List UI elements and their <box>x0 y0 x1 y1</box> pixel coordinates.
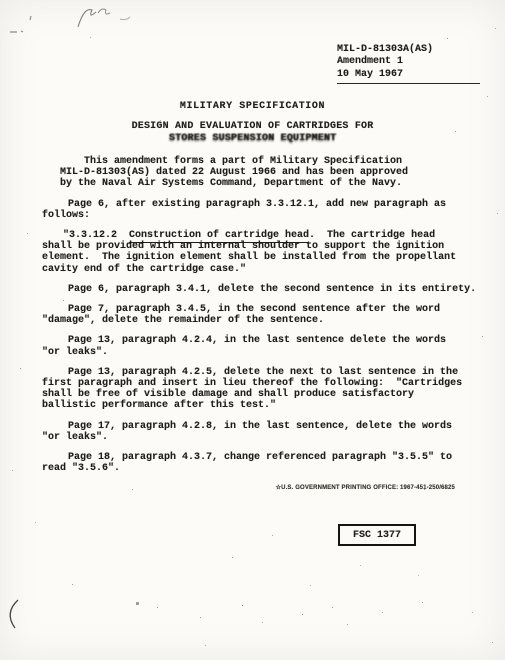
fsc-code: FSC 1377 <box>353 530 401 541</box>
pencil-scribble <box>58 1 142 37</box>
amendment-page13-425: Page 13, paragraph 4.2.5, delete the nex… <box>42 367 478 412</box>
document-id-block: MIL-D-81303A(AS) Amendment 1 10 May 1967 <box>337 44 480 84</box>
document-body: This amendment forms a part of Military … <box>42 156 478 495</box>
amendment-page7-345: Page 7, paragraph 3.4.5, in the second s… <box>42 304 478 326</box>
intro-paragraph: This amendment forms a part of Military … <box>60 156 478 190</box>
doc-number: MIL-D-81303A(AS) <box>337 44 480 56</box>
amendment-page17-428: Page 17, paragraph 4.2.8, in the last se… <box>42 421 478 443</box>
pencil-margin-marks <box>8 14 48 38</box>
spec-heading: MILITARY SPECIFICATION <box>0 101 505 112</box>
title-line2: STORES SUSPENSION EQUIPMENT <box>0 133 505 145</box>
document-page: MIL-D-81303A(AS) Amendment 1 10 May 1967… <box>0 0 505 660</box>
quoted-paragraph-prefix: "3.3.12.2 <box>63 230 129 241</box>
doc-date: 10 May 1967 <box>337 69 480 81</box>
amendment-number: Amendment 1 <box>337 56 480 68</box>
scan-noise <box>0 0 1 1</box>
amendment-paragraph-3-3-12-2: "3.3.12.2 Construction of cartridge head… <box>42 230 478 275</box>
title-line1: DESIGN AND EVALUATION OF CARTRIDGES FOR <box>0 121 505 133</box>
fsc-box: FSC 1377 <box>338 524 416 546</box>
amendment-page18-437: Page 18, paragraph 4.3.7, change referen… <box>42 452 478 474</box>
spec-title: DESIGN AND EVALUATION OF CARTRIDGES FOR … <box>0 121 505 144</box>
gpo-imprint: ☆U.S. GOVERNMENT PRINTING OFFICE: 1967-4… <box>42 483 455 494</box>
amendment-page13-424: Page 13, paragraph 4.2.4, in the last se… <box>42 335 478 357</box>
amendment-page6-add: Page 6, after existing paragraph 3.3.12.… <box>42 199 478 221</box>
amendment-page6-341: Page 6, paragraph 3.4.1, delete the seco… <box>42 284 478 295</box>
scan-artifact-mark <box>2 598 24 632</box>
